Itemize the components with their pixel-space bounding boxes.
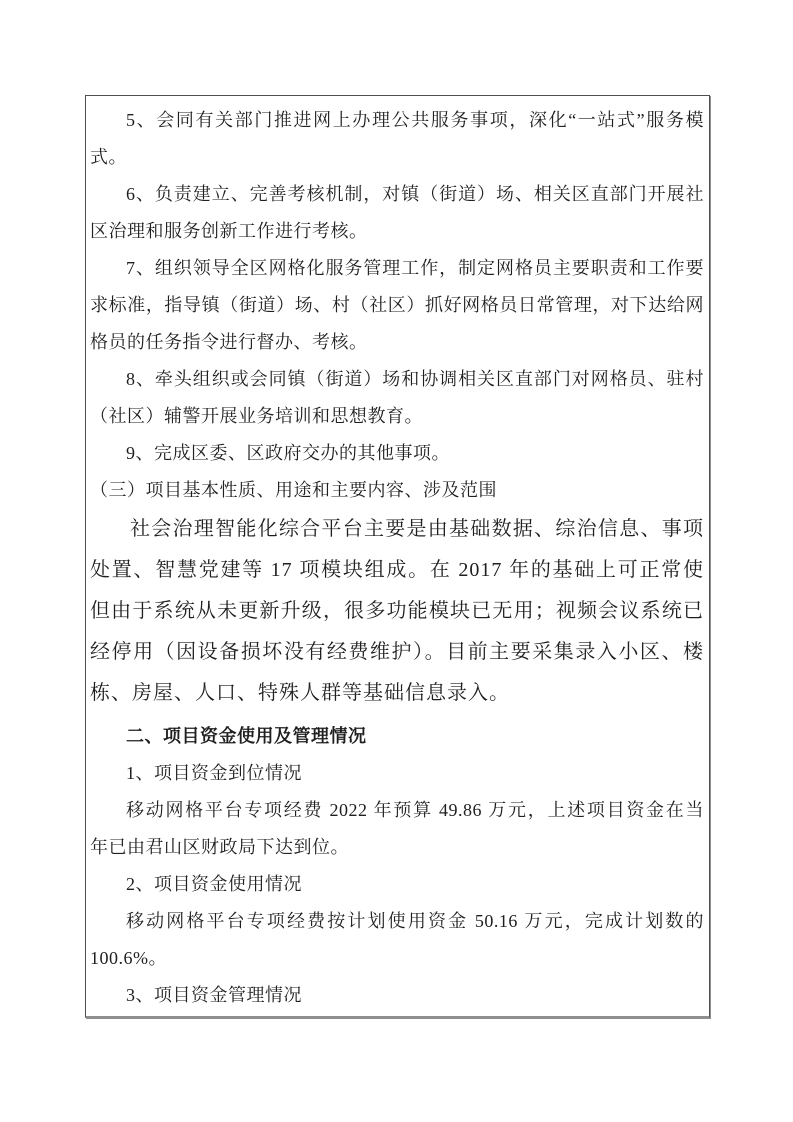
text-line: 区治理和服务创新工作进行考核。 <box>90 213 704 250</box>
text-line: 格员的任务指令进行督办、考核。 <box>90 324 704 361</box>
text-line: 栋、房屋、人口、特殊人群等基础信息录入。 <box>90 673 704 714</box>
text-line: 式。 <box>90 139 704 176</box>
text-line: （三）项目基本性质、用途和主要内容、涉及范围 <box>90 472 704 509</box>
text-line: 处置、智慧党建等 17 项模块组成。在 2017 年的基础上可正常使用， <box>90 550 704 591</box>
text-line: （社区）辅警开展业务培训和思想教育。 <box>90 398 704 435</box>
section-heading: 二、项目资金使用及管理情况 <box>90 718 704 755</box>
text-line: 2、项目资金使用情况 <box>90 866 704 903</box>
text-line: 8、牵头组织或会同镇（街道）场和协调相关区直部门对网格员、驻村 <box>90 361 704 398</box>
text-line: 7、组织领导全区网格化服务管理工作，制定网格员主要职责和工作要 <box>90 250 704 287</box>
text-line: 6、负责建立、完善考核机制，对镇（街道）场、相关区直部门开展社 <box>90 176 704 213</box>
text-line: 社会治理智能化综合平台主要是由基础数据、综治信息、事项 <box>90 509 704 550</box>
text-line: 3、项目资金管理情况 <box>90 977 704 1014</box>
text-line: 100.6%。 <box>90 940 704 977</box>
text-line: 移动网格平台专项经费 2022 年预算 49.86 万元，上述项目资金在当 <box>90 792 704 829</box>
text-line: 1、项目资金到位情况 <box>90 755 704 792</box>
text-line: 年已由君山区财政局下达到位。 <box>90 829 704 866</box>
text-line: 经停用（因设备损坏没有经费维护）。目前主要采集录入小区、楼 <box>90 632 704 673</box>
text-line: 5、会同有关部门推进网上办理公共服务事项，深化“一站式”服务模 <box>90 102 704 139</box>
text-line: 移动网格平台专项经费按计划使用资金 50.16 万元，完成计划数的 <box>90 903 704 940</box>
text-line: 但由于系统从未更新升级，很多功能模块已无用；视频会议系统已 <box>90 591 704 632</box>
text-line: 9、完成区委、区政府交办的其他事项。 <box>90 435 704 472</box>
document-table-cell: 5、会同有关部门推进网上办理公共服务事项，深化“一站式”服务模式。6、负责建立、… <box>85 95 710 1018</box>
text-line: 求标准，指导镇（街道）场、村（社区）抓好网格员日常管理，对下达给网 <box>90 287 704 324</box>
document-lines: 5、会同有关部门推进网上办理公共服务事项，深化“一站式”服务模式。6、负责建立、… <box>90 102 704 1014</box>
document-page: { "page": { "background": "#ffffff", "bo… <box>0 0 793 1122</box>
